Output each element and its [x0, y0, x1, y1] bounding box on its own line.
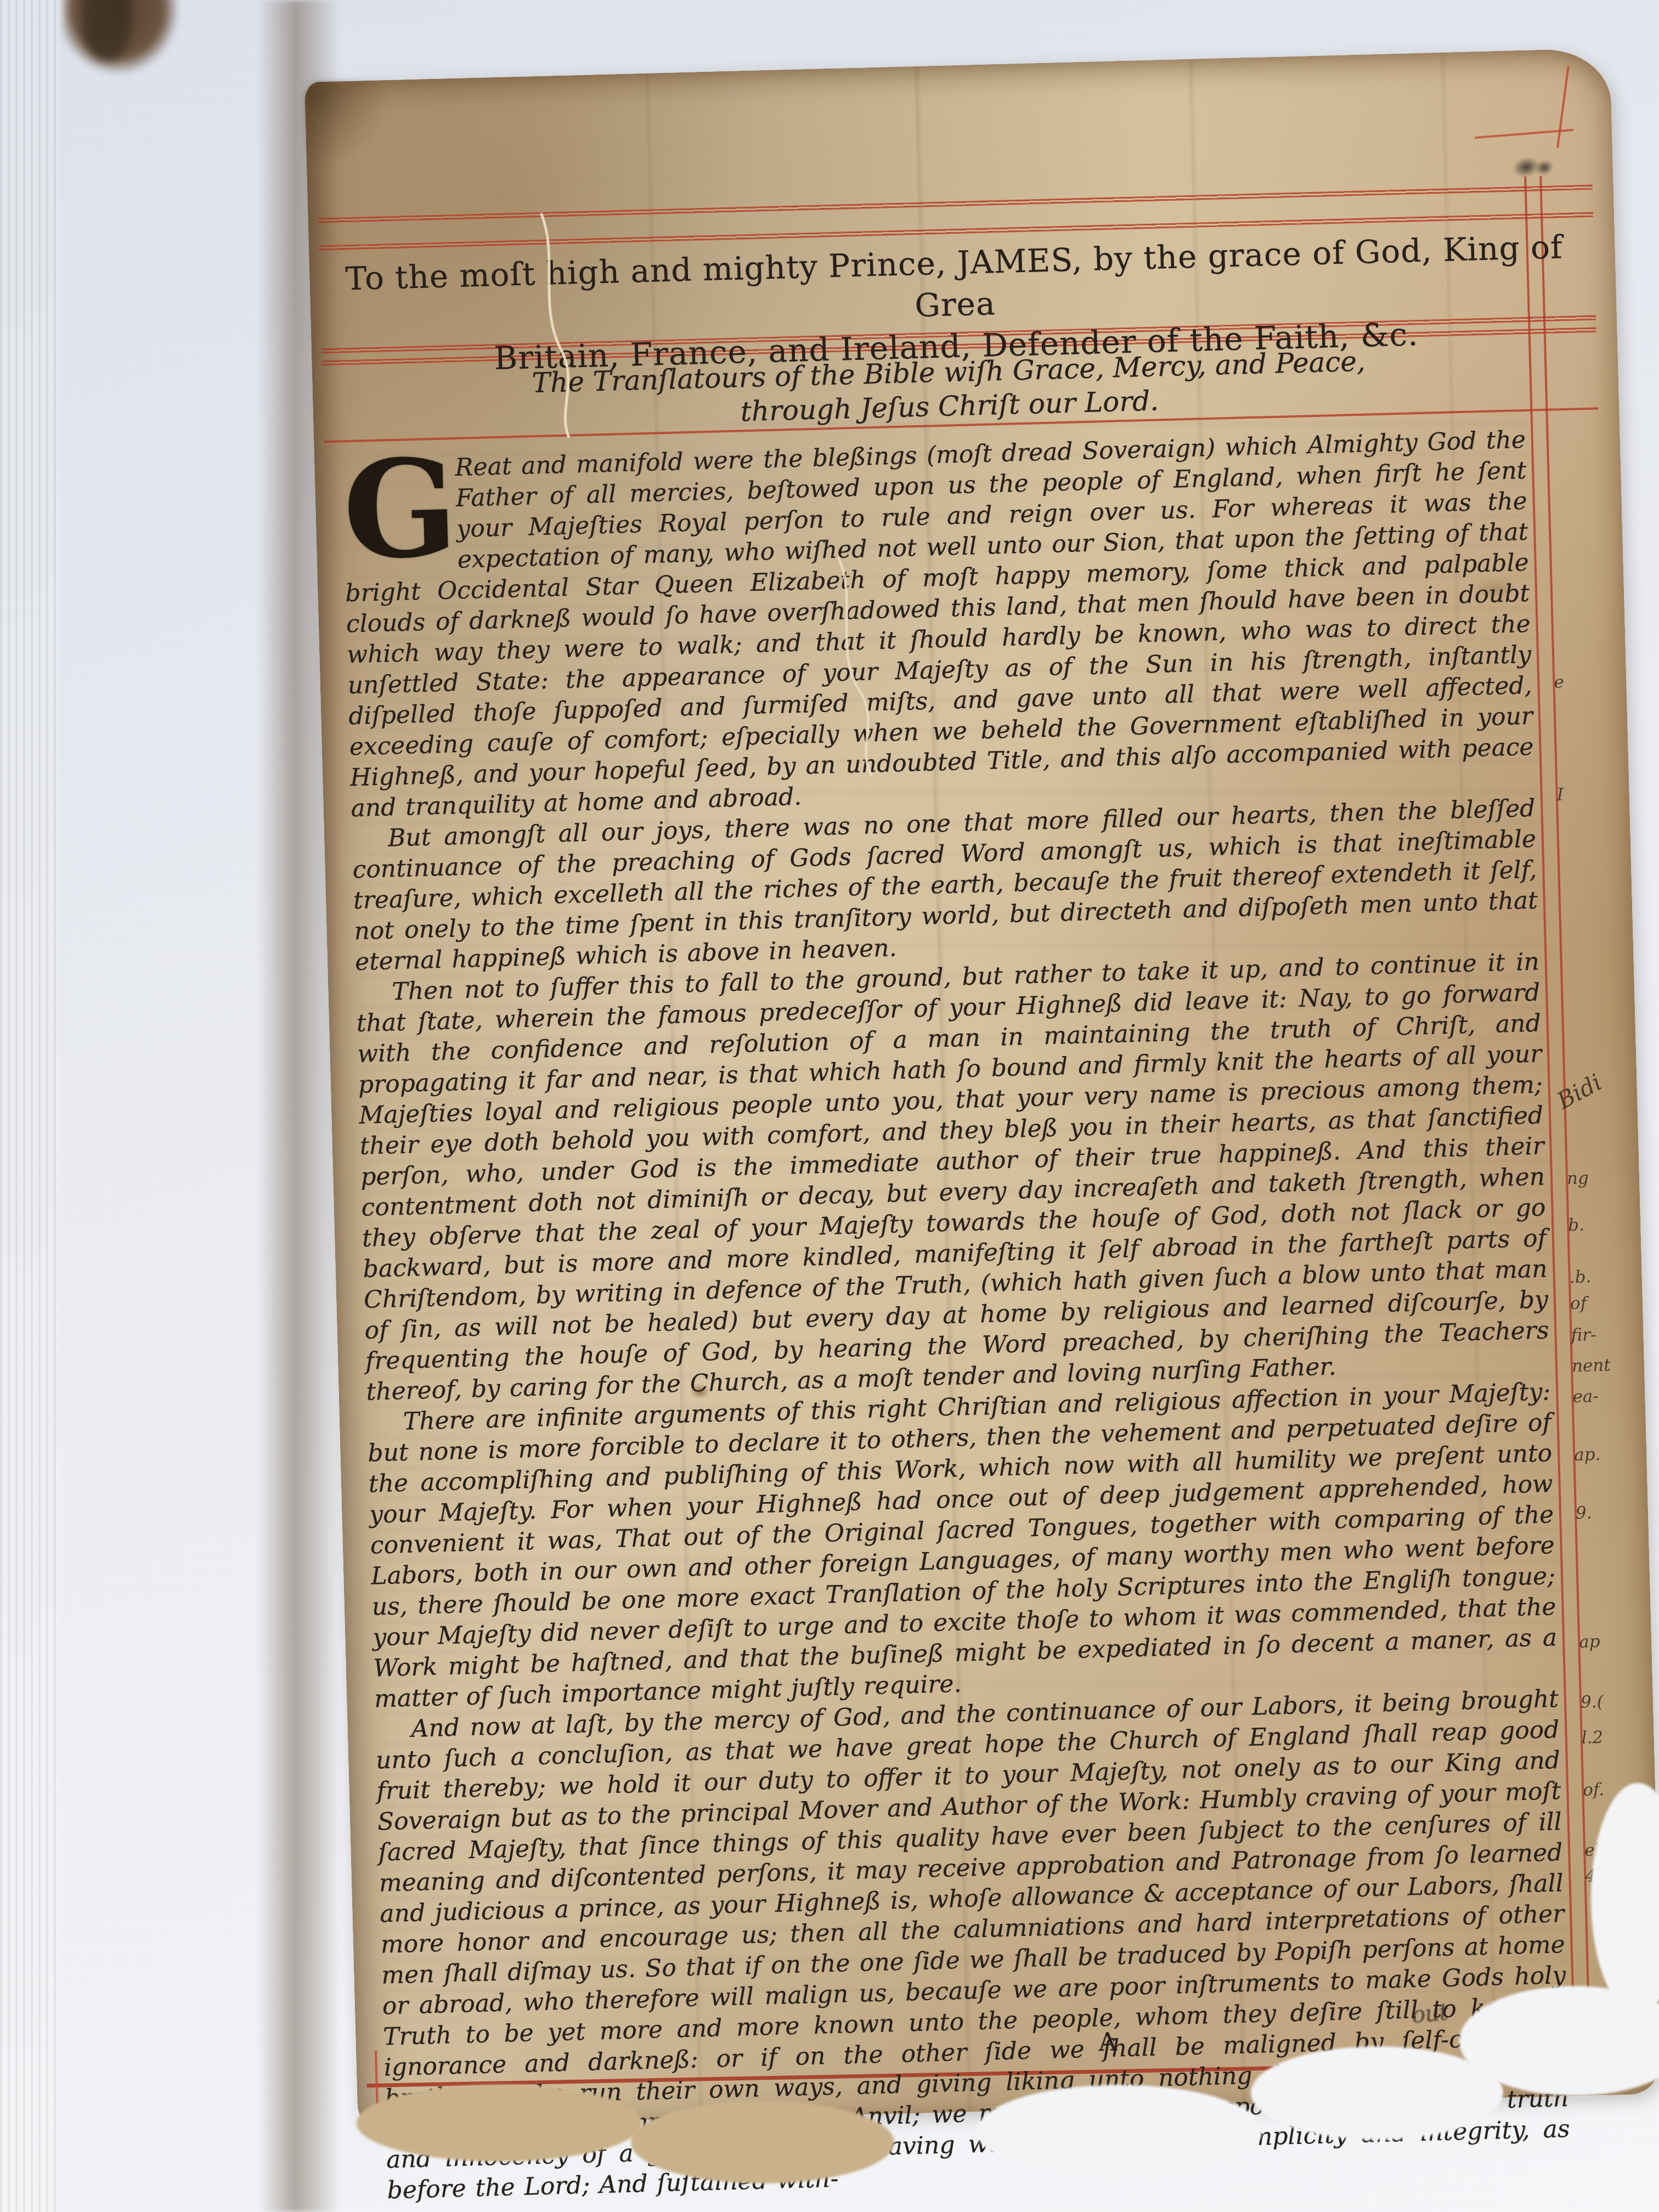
margin-note: e — [1554, 670, 1626, 692]
margin-note: 9. — [1576, 1502, 1647, 1523]
margin-note: b. — [1568, 1214, 1640, 1235]
margin-note: ea- — [1572, 1385, 1644, 1407]
margin-note: nent — [1572, 1355, 1644, 1376]
gutter-shadow — [258, 0, 340, 2212]
drop-cap-G: G — [342, 456, 447, 551]
printed-page: To the moſt high and mighty Prince, JAME… — [304, 48, 1659, 2128]
paragraph-1: GReat and manifold were the bleßings (mo… — [342, 425, 1535, 824]
margin-note: ap — [1579, 1630, 1651, 1652]
epistle-body: GReat and manifold were the bleßings (mo… — [342, 425, 1571, 2206]
margin-note: of — [1570, 1292, 1642, 1313]
signature-mark: A — [1069, 2026, 1146, 2058]
margin-note: 9.( — [1581, 1691, 1652, 1712]
torn-edge-flap — [357, 2085, 642, 2162]
margin-note: fir- — [1571, 1324, 1643, 1345]
margin-note: .b. — [1569, 1266, 1641, 1287]
margin-note: I — [1556, 783, 1628, 804]
page-stack-edges — [0, 0, 60, 2212]
torn-edge-bite — [977, 2085, 1262, 2178]
margin-note: ap. — [1574, 1443, 1646, 1465]
book-photo: To the moſt high and mighty Prince, JAME… — [0, 0, 1659, 2212]
margin-note: l.2 — [1581, 1726, 1653, 1748]
paragraph-1-text: Reat and manifold were the bleßings (moſ… — [345, 426, 1534, 822]
paragraph-4: There are infinite arguments of this rig… — [366, 1376, 1558, 1714]
catchword: out — [1410, 1998, 1449, 2028]
paragraph-3: Then not to ſuffer this to fall to the g… — [356, 947, 1550, 1408]
paragraph-2: But amongſt all our joys, there was no o… — [351, 793, 1539, 978]
torn-edge-bite — [1251, 2046, 1503, 2140]
torn-edge-flap — [631, 2101, 894, 2183]
margin-note: ng — [1567, 1167, 1639, 1188]
